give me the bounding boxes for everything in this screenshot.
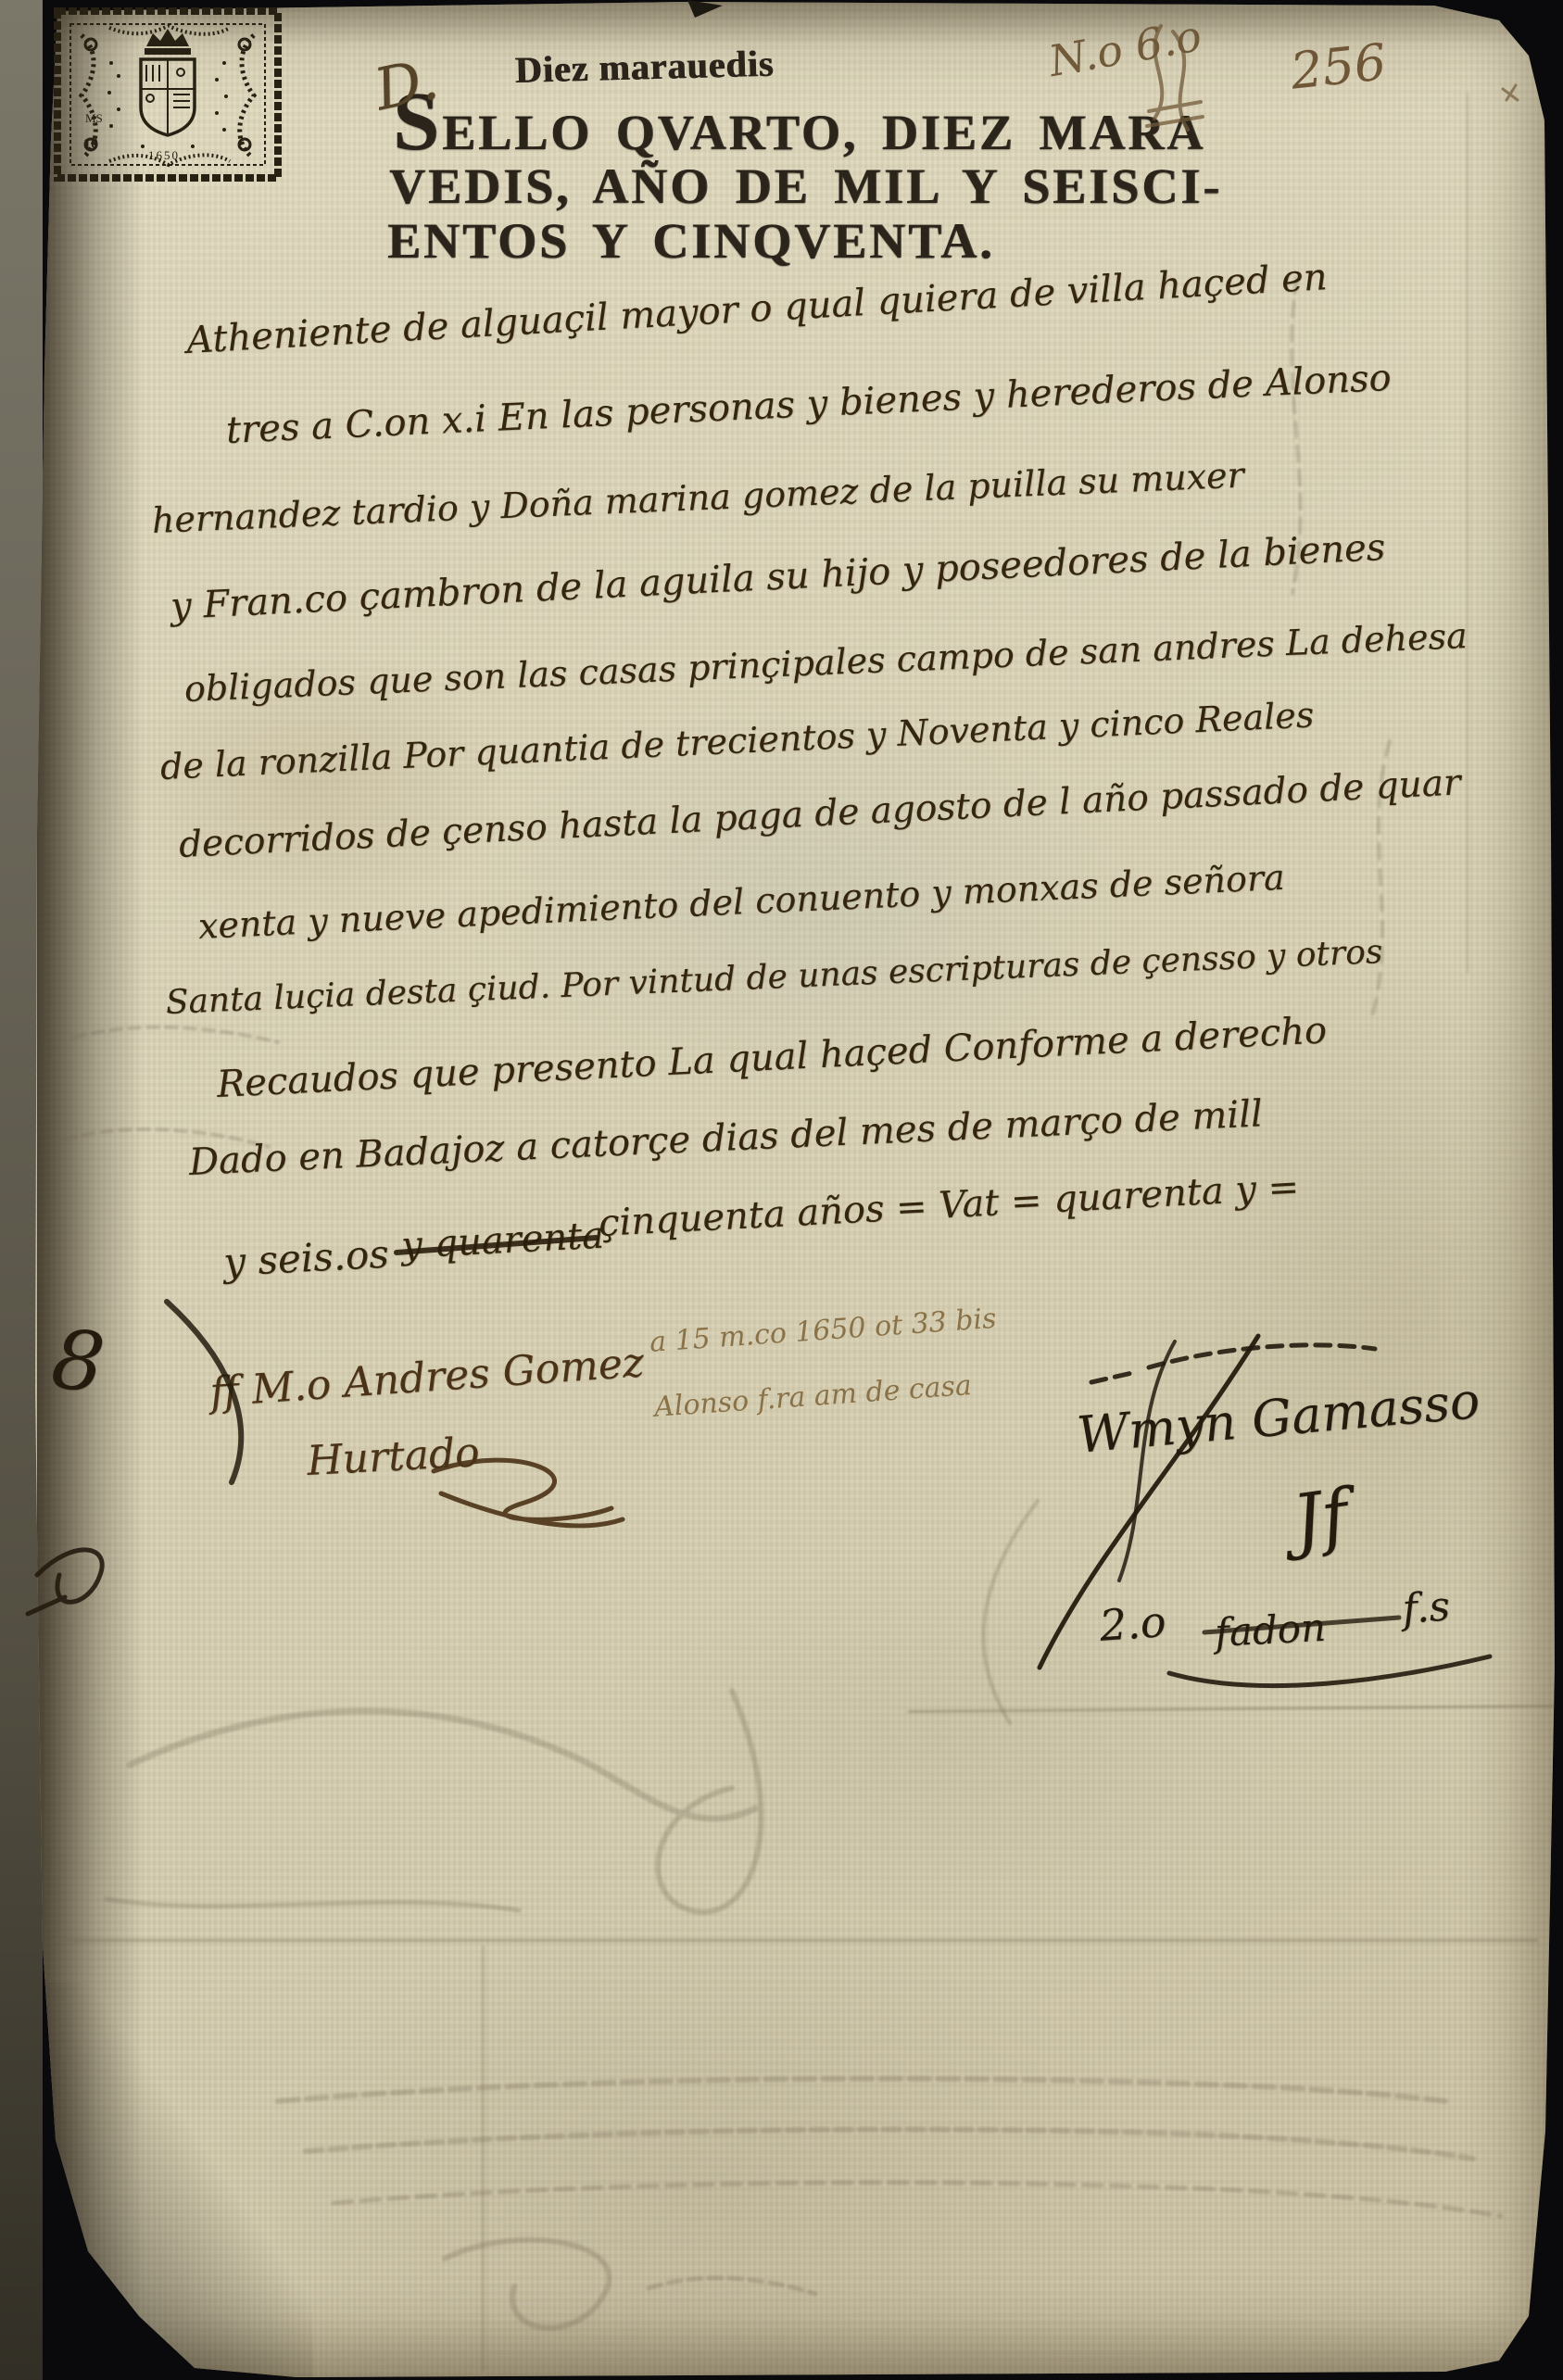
binding-shadow <box>37 0 144 2380</box>
signature-right-flourish-letters: Jf <box>1288 1473 1353 1562</box>
signature-right-paraph: 2.o <box>1098 1596 1167 1651</box>
document-scan: MS 10 1650 Diez marauedis SELLO QVARTO, … <box>0 0 1563 2380</box>
printed-heading-line: SELLO QVARTO, DIEZ MARA <box>393 104 1205 160</box>
manuscript-line: de la ronzilla Por quantia de trecientos… <box>159 694 1315 787</box>
manuscript-line: Dado en Badajoz a catorçe dias del mes d… <box>188 1092 1264 1184</box>
manuscript-line: xenta y nueve apedimiento del conuento y… <box>197 857 1286 947</box>
manuscript-line: Atheniente de alguaçil mayor o qual quie… <box>185 256 1329 362</box>
registry-note: N.o 6.o <box>1045 10 1205 86</box>
signature-right-abbrev: f.s <box>1401 1582 1452 1632</box>
manuscript-line: Santa luçia desta çiud. Por vintud de un… <box>165 933 1383 1022</box>
manuscript-line: y Fran.co çambron de la aguila su hijo y… <box>170 526 1386 628</box>
manuscript-line: decorridos de çenso hasta la paga de ago… <box>178 762 1462 866</box>
book-fore-edge <box>0 0 43 2380</box>
manuscript-closing-suffix: çinquenta años = Vat = quarenta y = <box>598 1165 1300 1245</box>
bleed-through-text <box>0 0 1563 2380</box>
margin-mark: 8 <box>47 1311 108 1411</box>
fold-crease <box>908 1705 1557 1713</box>
tax-denomination-label: Diez marauedis <box>514 42 775 92</box>
fold-crease <box>1467 93 1468 973</box>
manuscript-line: obligados que son las casas prinçipales … <box>183 615 1468 710</box>
manuscript-line: tres a C.on x.i En las personas y bienes… <box>225 357 1393 452</box>
signature-left-surname: Hurtado <box>306 1429 481 1485</box>
tax-stamp-seal: MS 10 1650 <box>54 7 282 182</box>
top-flourish-mark: D. <box>369 44 444 123</box>
signature-right-name: Wmyn Gamasso <box>1075 1371 1482 1465</box>
printed-heading-line: ENTOS Y CINQVENTA. <box>387 214 995 269</box>
manuscript-closing-prefix: y seis.os <box>222 1231 390 1285</box>
stamp-year: 1650 <box>148 148 180 162</box>
manuscript-struck-word: y quarenta <box>400 1215 605 1267</box>
faded-name-note: Alonso f.ra am de casa <box>653 1369 973 1424</box>
stamp-value: 10 <box>83 136 98 152</box>
corner-shade <box>35 1983 313 2380</box>
edge-shade <box>51 0 1533 46</box>
stamp-monogram: MS <box>85 111 103 125</box>
faded-date-note: a 15 m.co 1650 ot 33 bis <box>649 1303 997 1359</box>
signature-left-name: ff M.o Andres Gomez <box>208 1339 646 1417</box>
ink-flourishes <box>0 0 1563 2380</box>
manuscript-line: hernandez tardio y Doña marina gomez de … <box>151 455 1245 541</box>
parchment-page <box>0 0 1563 2380</box>
folio-number: 256 <box>1288 32 1389 100</box>
manuscript-line: Recaudos que presento La qual haçed Conf… <box>216 1009 1328 1106</box>
fold-crease <box>56 1939 1538 1942</box>
printed-heading-line: VEDIS, AÑO DE MIL Y SEISCI- <box>389 159 1222 214</box>
signature-right-struck-word: fadon <box>1214 1605 1327 1656</box>
fold-crease <box>482 1946 485 2372</box>
